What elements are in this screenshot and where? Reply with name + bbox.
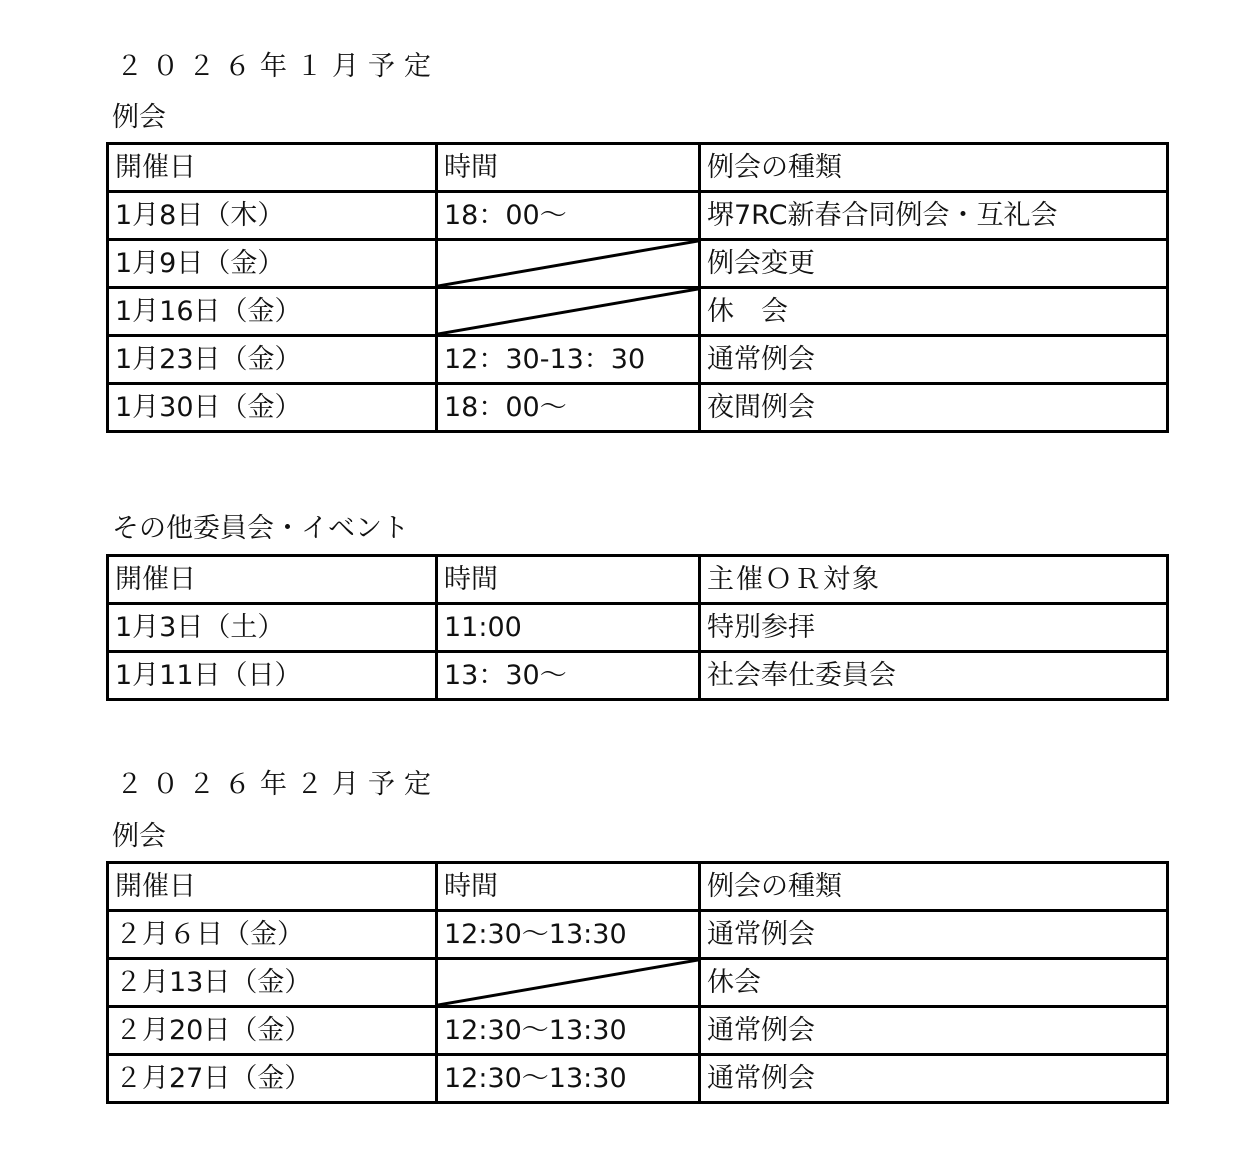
cell-date: 1月11日（日）: [108, 652, 437, 700]
february-schedule-title: ２０２６年２月予定: [116, 771, 440, 798]
cell-date: 1月3日（土）: [108, 604, 437, 652]
february-meetings-table: 開催日 時間 例会の種類 ２月６日（金） 12:30～13:30 通常例会 ２月…: [106, 861, 1169, 1104]
table-header-row: 開催日 時間 例会の種類: [108, 144, 1168, 192]
cell-type: 通常例会: [700, 336, 1168, 384]
cell-time-not-applicable: [437, 288, 700, 336]
cell-time: 18：00～: [437, 192, 700, 240]
january-meetings-table: 開催日 時間 例会の種類 1月8日（木） 18：00～ 堺7RC新春合同例会・互…: [106, 142, 1169, 433]
cell-time: 11:00: [437, 604, 700, 652]
column-header-time: 時間: [437, 556, 700, 604]
cell-time: 12：30-13：30: [437, 336, 700, 384]
table-row: 1月23日（金） 12：30-13：30 通常例会: [108, 336, 1168, 384]
cell-type: 通常例会: [700, 911, 1168, 959]
cell-date: 1月9日（金）: [108, 240, 437, 288]
table-row: ２月27日（金） 12:30～13:30 通常例会: [108, 1055, 1168, 1103]
table-row: 1月11日（日） 13：30～ 社会奉仕委員会: [108, 652, 1168, 700]
cell-organizer: 特別参拝: [700, 604, 1168, 652]
table-row: 1月30日（金） 18：00～ 夜間例会: [108, 384, 1168, 432]
cell-date: 1月23日（金）: [108, 336, 437, 384]
cell-time: 12:30～13:30: [437, 1007, 700, 1055]
cell-time: 13：30～: [437, 652, 700, 700]
cell-type: 休会: [700, 959, 1168, 1007]
cell-date: ２月６日（金）: [108, 911, 437, 959]
january-meetings-label: 例会: [112, 104, 166, 131]
table-row: 1月16日（金） 休 会: [108, 288, 1168, 336]
table-header-row: 開催日 時間 主催ＯＲ対象: [108, 556, 1168, 604]
cell-type: 夜間例会: [700, 384, 1168, 432]
column-header-date: 開催日: [108, 144, 437, 192]
column-header-type: 例会の種類: [700, 144, 1168, 192]
cell-time-not-applicable: [437, 240, 700, 288]
cell-date: 1月16日（金）: [108, 288, 437, 336]
january-events-label: その他委員会・イベント: [112, 515, 409, 542]
table-row: 1月3日（土） 11:00 特別参拝: [108, 604, 1168, 652]
diagonal-slash-icon: [438, 289, 698, 334]
column-header-type: 例会の種類: [700, 863, 1168, 911]
column-header-time: 時間: [437, 863, 700, 911]
column-header-date: 開催日: [108, 863, 437, 911]
cell-type: 堺7RC新春合同例会・互礼会: [700, 192, 1168, 240]
january-events-table: 開催日 時間 主催ＯＲ対象 1月3日（土） 11:00 特別参拝 1月11日（日…: [106, 554, 1169, 701]
column-header-time: 時間: [437, 144, 700, 192]
cell-date: ２月27日（金）: [108, 1055, 437, 1103]
cell-type: 通常例会: [700, 1007, 1168, 1055]
cell-type: 例会変更: [700, 240, 1168, 288]
table-row: 1月8日（木） 18：00～ 堺7RC新春合同例会・互礼会: [108, 192, 1168, 240]
table-row: ２月６日（金） 12:30～13:30 通常例会: [108, 911, 1168, 959]
cell-date: 1月30日（金）: [108, 384, 437, 432]
cell-date: ２月13日（金）: [108, 959, 437, 1007]
cell-time: 18：00～: [437, 384, 700, 432]
february-meetings-label: 例会: [112, 823, 166, 850]
cell-time-not-applicable: [437, 959, 700, 1007]
cell-type: 休 会: [700, 288, 1168, 336]
cell-time: 12:30～13:30: [437, 1055, 700, 1103]
column-header-organizer: 主催ＯＲ対象: [700, 556, 1168, 604]
table-row: ２月13日（金） 休会: [108, 959, 1168, 1007]
cell-date: 1月8日（木）: [108, 192, 437, 240]
table-row: 1月9日（金） 例会変更: [108, 240, 1168, 288]
diagonal-slash-icon: [438, 960, 698, 1005]
cell-type: 通常例会: [700, 1055, 1168, 1103]
diagonal-slash-icon: [438, 241, 698, 286]
column-header-date: 開催日: [108, 556, 437, 604]
cell-organizer: 社会奉仕委員会: [700, 652, 1168, 700]
cell-time: 12:30～13:30: [437, 911, 700, 959]
cell-date: ２月20日（金）: [108, 1007, 437, 1055]
january-schedule-title: ２０２６年１月予定: [116, 53, 440, 80]
table-row: ２月20日（金） 12:30～13:30 通常例会: [108, 1007, 1168, 1055]
table-header-row: 開催日 時間 例会の種類: [108, 863, 1168, 911]
